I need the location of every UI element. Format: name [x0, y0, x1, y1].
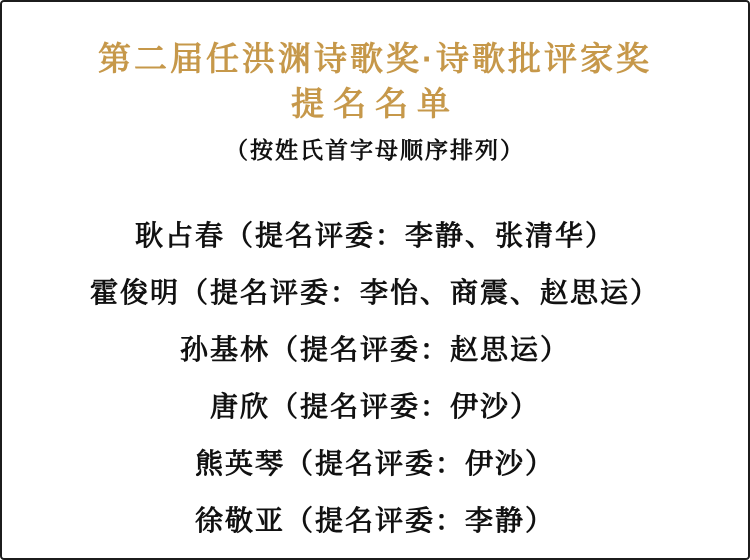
award-title-line2: 提名名单: [2, 83, 748, 126]
nominee-line: 霍俊明（提名评委：李怡、商震、赵思运）: [2, 263, 748, 320]
nominee-line: 唐欣（提名评委：伊沙）: [2, 377, 748, 434]
award-title-line1: 第二届任洪渊诗歌奖·诗歌批评家奖: [2, 38, 748, 81]
nominee-line: 孙基林（提名评委：赵思运）: [2, 320, 748, 377]
nominee-list: 耿占春（提名评委：李静、张清华） 霍俊明（提名评委：李怡、商震、赵思运） 孙基林…: [2, 206, 748, 548]
sort-order-note: （按姓氏首字母顺序排列）: [2, 136, 748, 166]
nominee-line: 徐敬亚（提名评委：李静）: [2, 491, 748, 548]
nominee-line: 熊英琴（提名评委：伊沙）: [2, 434, 748, 491]
nominee-line: 耿占春（提名评委：李静、张清华）: [2, 206, 748, 263]
announcement-card: 第二届任洪渊诗歌奖·诗歌批评家奖 提名名单 （按姓氏首字母顺序排列） 耿占春（提…: [0, 0, 750, 560]
